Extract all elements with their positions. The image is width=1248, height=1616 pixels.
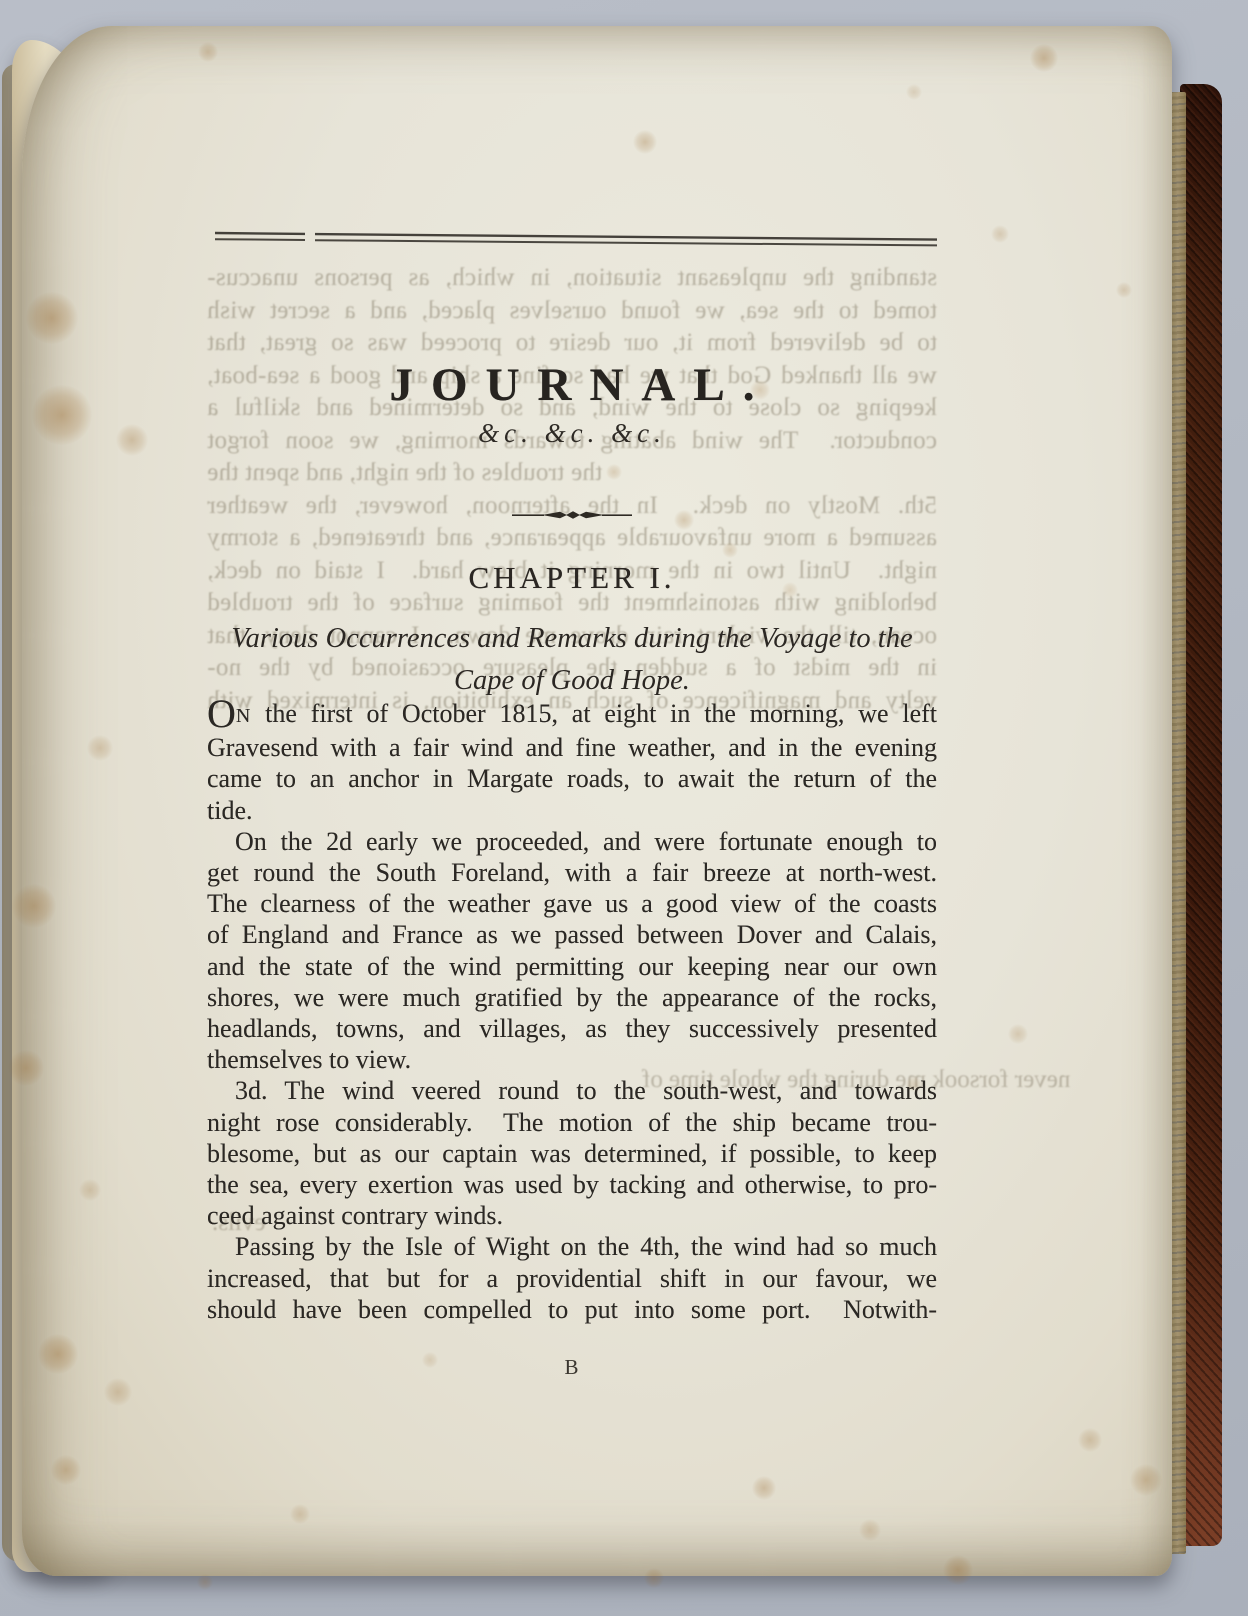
text-line: On the 2d early we proceeded, and were f… bbox=[207, 826, 937, 857]
printer-signature-mark: B bbox=[207, 1355, 937, 1380]
ornament-icon bbox=[512, 508, 632, 522]
text-line: night rose considerably. The motion of t… bbox=[207, 1107, 937, 1138]
text-line: blesome, but as our captain was determin… bbox=[207, 1138, 937, 1169]
text-line: ON the first of October 1815, at eight i… bbox=[207, 698, 937, 732]
text-line: headlands, towns, and villages, as they … bbox=[207, 1013, 937, 1044]
bleedthrough-line: the troubles of the night, and spent the bbox=[207, 457, 937, 490]
page-title: JOURNAL. bbox=[207, 358, 937, 412]
header-double-rule bbox=[215, 230, 937, 253]
text-line: ceed against contrary winds. bbox=[207, 1200, 937, 1231]
text-line: 3d. The wind veered round to the south-w… bbox=[207, 1075, 937, 1106]
chapter-subtitle-line: Various Occurrences and Remarks during t… bbox=[207, 618, 937, 660]
drop-initial: O bbox=[207, 691, 236, 736]
text-line: increased, that but for a providential s… bbox=[207, 1263, 937, 1294]
chapter-heading: CHAPTER I. bbox=[207, 560, 937, 596]
leather-book-cover bbox=[1180, 84, 1222, 1546]
paragraph: ON the first of October 1815, at eight i… bbox=[207, 698, 937, 826]
text-line: The clearness of the weather gave us a g… bbox=[207, 888, 937, 919]
small-cap: N bbox=[236, 705, 251, 727]
body-text: ON the first of October 1815, at eight i… bbox=[207, 698, 937, 1325]
bleedthrough-line: standing the unpleasant situation, in wh… bbox=[207, 262, 937, 295]
text-line: the sea, every exertion was used by tack… bbox=[207, 1169, 937, 1200]
text-line: Passing by the Isle of Wight on the 4th,… bbox=[207, 1231, 937, 1262]
text-line: themselves to view. bbox=[207, 1044, 937, 1075]
text-line: should have been compelled to put into s… bbox=[207, 1294, 937, 1325]
paragraph: On the 2d early we proceeded, and were f… bbox=[207, 826, 937, 1076]
foxing-spot bbox=[197, 1574, 213, 1590]
title-etcetera: &c. &c. &c. bbox=[207, 418, 937, 449]
bleedthrough-line: to be delivered from it, our desire to p… bbox=[207, 327, 937, 360]
text-line: came to an anchor in Margate roads, to a… bbox=[207, 763, 937, 794]
text-line: shores, we were much gratified by the ap… bbox=[207, 982, 937, 1013]
photograph-of-book-page: { "colors":{ "backdrop":"#b3b9c3", "pape… bbox=[0, 0, 1248, 1616]
chapter-subtitle: Various Occurrences and Remarks during t… bbox=[207, 618, 937, 702]
divider-ornament bbox=[207, 508, 937, 527]
chapter-subtitle-line: Cape of Good Hope. bbox=[207, 660, 937, 702]
paragraph: 3d. The wind veered round to the south-w… bbox=[207, 1075, 937, 1231]
paragraph: Passing by the Isle of Wight on the 4th,… bbox=[207, 1231, 937, 1325]
text-line: and the state of the wind permitting our… bbox=[207, 951, 937, 982]
text-line: Gravesend with a fair wind and fine weat… bbox=[207, 732, 937, 763]
text-line: get round the South Foreland, with a fai… bbox=[207, 857, 937, 888]
text-line: tide. bbox=[207, 795, 937, 826]
text-line: of England and France as we passed betwe… bbox=[207, 919, 937, 950]
book-page: standing the unpleasant situation, in wh… bbox=[22, 26, 1172, 1576]
bleedthrough-line: tomed to the sea, we found ourselves pla… bbox=[207, 295, 937, 328]
double-rule-lines bbox=[215, 230, 937, 248]
